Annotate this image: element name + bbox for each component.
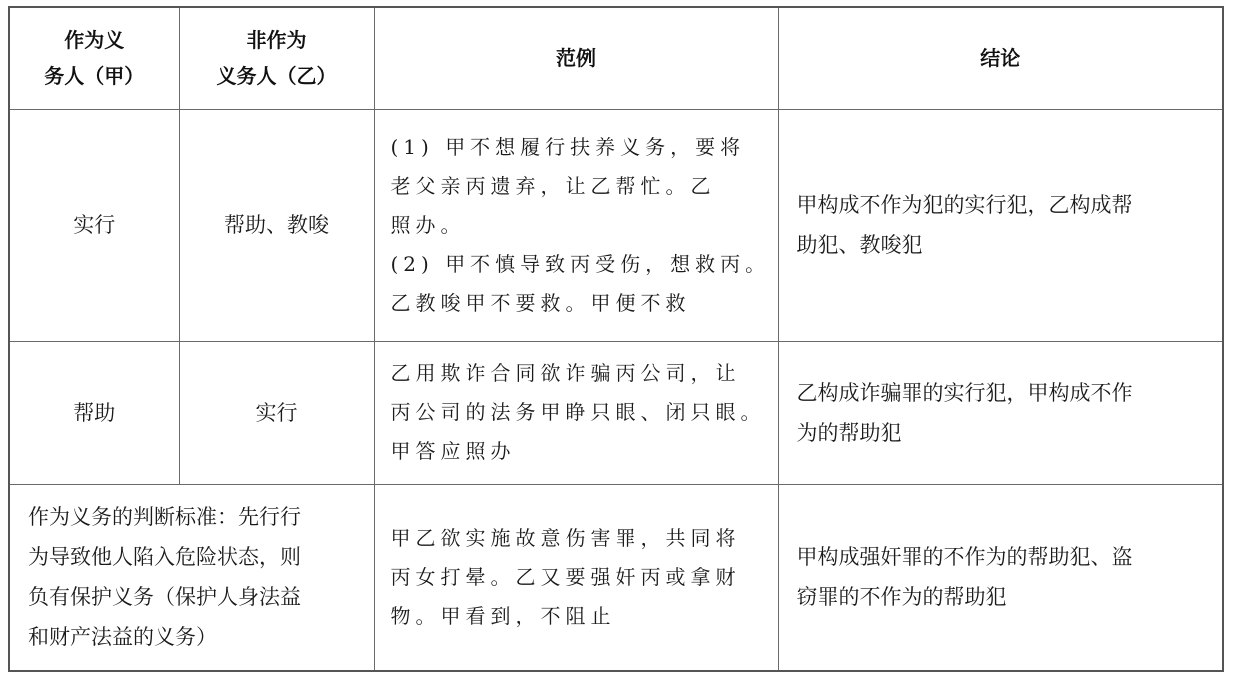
header-example: 范例 [374, 7, 778, 109]
header-row: 作为义 务人（甲） 非作为 义务人（乙） 范例 结论 [9, 7, 1223, 109]
table-row: 实行 帮助、教唆 (1) 甲不想履行扶养义务，要将 老父亲丙遗弃，让乙帮忙。乙 … [9, 109, 1223, 341]
table-row: 作为义务的判断标准：先行行 为导致他人陷入危险状态，则 负有保护义务（保护人身法… [9, 484, 1223, 671]
example-line: 甲答应照办 [391, 432, 768, 471]
conclusion-line: 窃罪的不作为的帮助犯 [797, 577, 1211, 617]
header-conclusion: 结论 [778, 7, 1223, 109]
conclusion-line: 乙构成诈骗罪的实行犯，甲构成不作 [797, 373, 1211, 413]
example-line: 物。甲看到，不阻止 [391, 597, 768, 636]
example-line: 乙用欺诈合同欲诈骗丙公司，让 [391, 354, 768, 393]
header-text-line: 义务人（乙） [180, 58, 374, 94]
example-line: 丙公司的法务甲睁只眼、闭只眼。 [391, 393, 768, 432]
header-non-duty-bearer-yi: 非作为 义务人（乙） [179, 7, 374, 109]
table-row: 帮助 实行 乙用欺诈合同欲诈骗丙公司，让 丙公司的法务甲睁只眼、闭只眼。 甲答应… [9, 341, 1223, 484]
example-line: 甲乙欲实施故意伤害罪，共同将 [391, 519, 768, 558]
example-line: 照办。 [391, 206, 768, 245]
standard-line: 作为义务的判断标准：先行行 [28, 497, 364, 537]
conclusion-line: 为的帮助犯 [797, 413, 1211, 453]
conclusion-line: 甲构成强奸罪的不作为的帮助犯、盗 [797, 537, 1211, 577]
example-line: 丙女打晕。乙又要强奸丙或拿财 [391, 558, 768, 597]
cell-conclusion: 甲构成不作为犯的实行犯，乙构成帮 助犯、教唆犯 [778, 109, 1223, 341]
standard-line: 和财产法益的义务） [28, 617, 364, 657]
cell-conclusion: 甲构成强奸罪的不作为的帮助犯、盗 窃罪的不作为的帮助犯 [778, 484, 1223, 671]
header-text-line: 非作为 [180, 22, 374, 58]
header-text-line: 务人（甲） [10, 58, 179, 94]
cell-conclusion: 乙构成诈骗罪的实行犯，甲构成不作 为的帮助犯 [778, 341, 1223, 484]
cell-role-yi: 实行 [179, 341, 374, 484]
conclusion-line: 助犯、教唆犯 [797, 225, 1211, 265]
standard-line: 为导致他人陷入危险状态，则 [28, 537, 364, 577]
cell-role-yi: 帮助、教唆 [179, 109, 374, 341]
comparison-table-container: 作为义 务人（甲） 非作为 义务人（乙） 范例 结论 实行 帮助、教唆 (1) … [8, 6, 1222, 670]
complicity-omission-table: 作为义 务人（甲） 非作为 义务人（乙） 范例 结论 实行 帮助、教唆 (1) … [8, 6, 1224, 672]
example-line: 老父亲丙遗弃，让乙帮忙。乙 [391, 167, 768, 206]
example-line: (1) 甲不想履行扶养义务，要将 [391, 128, 768, 167]
header-duty-bearer-jia: 作为义 务人（甲） [9, 7, 179, 109]
conclusion-line: 甲构成不作为犯的实行犯，乙构成帮 [797, 185, 1211, 225]
example-line: 乙教唆甲不要救。甲便不救 [391, 284, 768, 323]
cell-duty-standard: 作为义务的判断标准：先行行 为导致他人陷入危险状态，则 负有保护义务（保护人身法… [9, 484, 374, 671]
cell-example: 乙用欺诈合同欲诈骗丙公司，让 丙公司的法务甲睁只眼、闭只眼。 甲答应照办 [374, 341, 778, 484]
header-text-line: 作为义 [10, 22, 179, 58]
cell-role-jia: 帮助 [9, 341, 179, 484]
cell-example: (1) 甲不想履行扶养义务，要将 老父亲丙遗弃，让乙帮忙。乙 照办。 (2) 甲… [374, 109, 778, 341]
cell-role-jia: 实行 [9, 109, 179, 341]
cell-example: 甲乙欲实施故意伤害罪，共同将 丙女打晕。乙又要强奸丙或拿财 物。甲看到，不阻止 [374, 484, 778, 671]
example-line: (2) 甲不慎导致丙受伤，想救丙。 [391, 245, 768, 284]
standard-line: 负有保护义务（保护人身法益 [28, 577, 364, 617]
